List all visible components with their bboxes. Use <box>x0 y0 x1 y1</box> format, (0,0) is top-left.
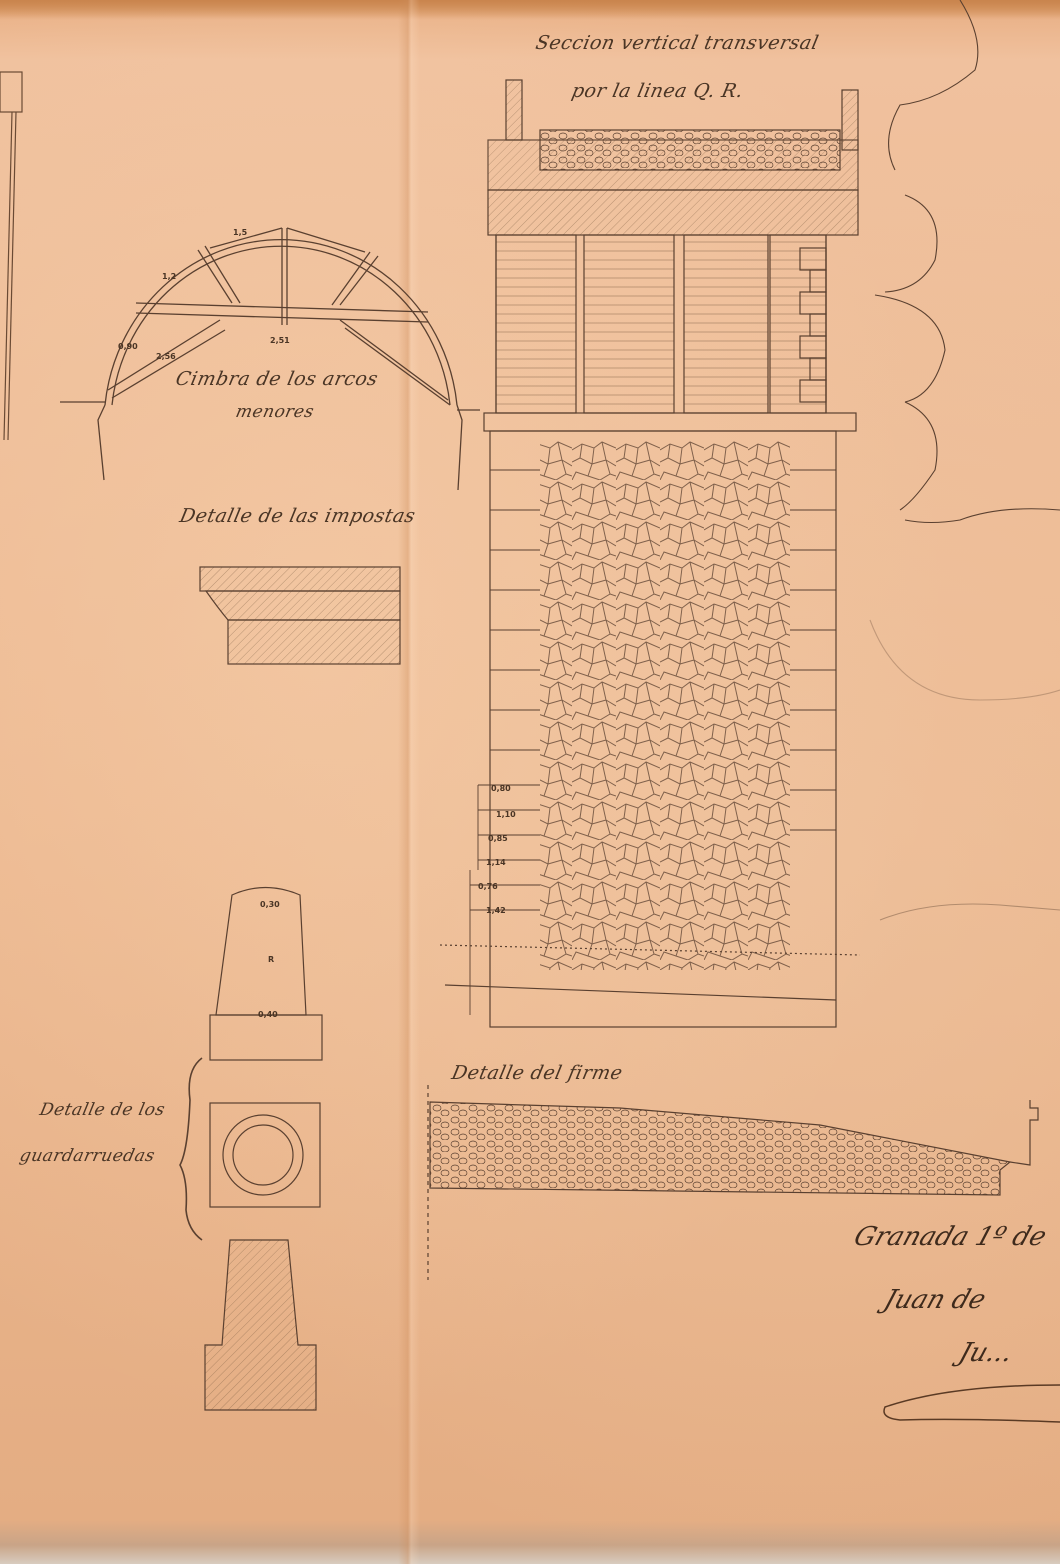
dimension-label: 0,90 <box>118 342 138 351</box>
dimension-label: 2,56 <box>156 352 176 361</box>
course-height: 1,42 <box>486 906 506 915</box>
course-height: 0,80 <box>491 784 511 793</box>
signature-flourish <box>884 1385 1060 1422</box>
course-height: 0,85 <box>488 834 508 843</box>
wheelguard-title-line2: guardarruedas <box>18 1146 157 1166</box>
section-title-line2: por la linea Q. R. <box>570 80 746 102</box>
impost-title: Detalle de las impostas <box>178 505 418 527</box>
signature-name-line2: Ju... <box>955 1338 1017 1368</box>
rock-sketch-drawing <box>870 0 1060 920</box>
place-date-text: Granada 1º de <box>850 1222 1050 1252</box>
dimension-label: 2,51 <box>270 336 290 345</box>
centering-title-line1: Cimbra de los arcos <box>174 368 380 390</box>
dimension-label: 1,5 <box>233 228 247 237</box>
course-height: 1,14 <box>486 858 506 867</box>
pavement-title: Detalle del firme <box>450 1062 625 1084</box>
dimension-label: 0,30 <box>260 900 280 909</box>
drawing-linework <box>0 0 1060 1564</box>
arch-centering-drawing <box>60 228 480 490</box>
dimension-label: 1,2 <box>162 272 176 281</box>
vertical-section-drawing <box>440 80 860 1027</box>
dimension-label: R <box>268 955 274 964</box>
dimension-label: 0,40 <box>258 1010 278 1019</box>
wheel-guard-drawing <box>180 888 322 1411</box>
wheelguard-title-line1: Detalle de los <box>38 1100 167 1120</box>
course-height: 1,10 <box>496 810 516 819</box>
section-title-line1: Seccion vertical transversal <box>534 32 821 54</box>
signature-name-line1: Juan de <box>880 1285 989 1315</box>
impost-detail-drawing <box>200 567 400 664</box>
centering-title-line2: menores <box>234 402 316 422</box>
left-partial-column <box>0 72 22 440</box>
course-height: 0,76 <box>478 882 498 891</box>
